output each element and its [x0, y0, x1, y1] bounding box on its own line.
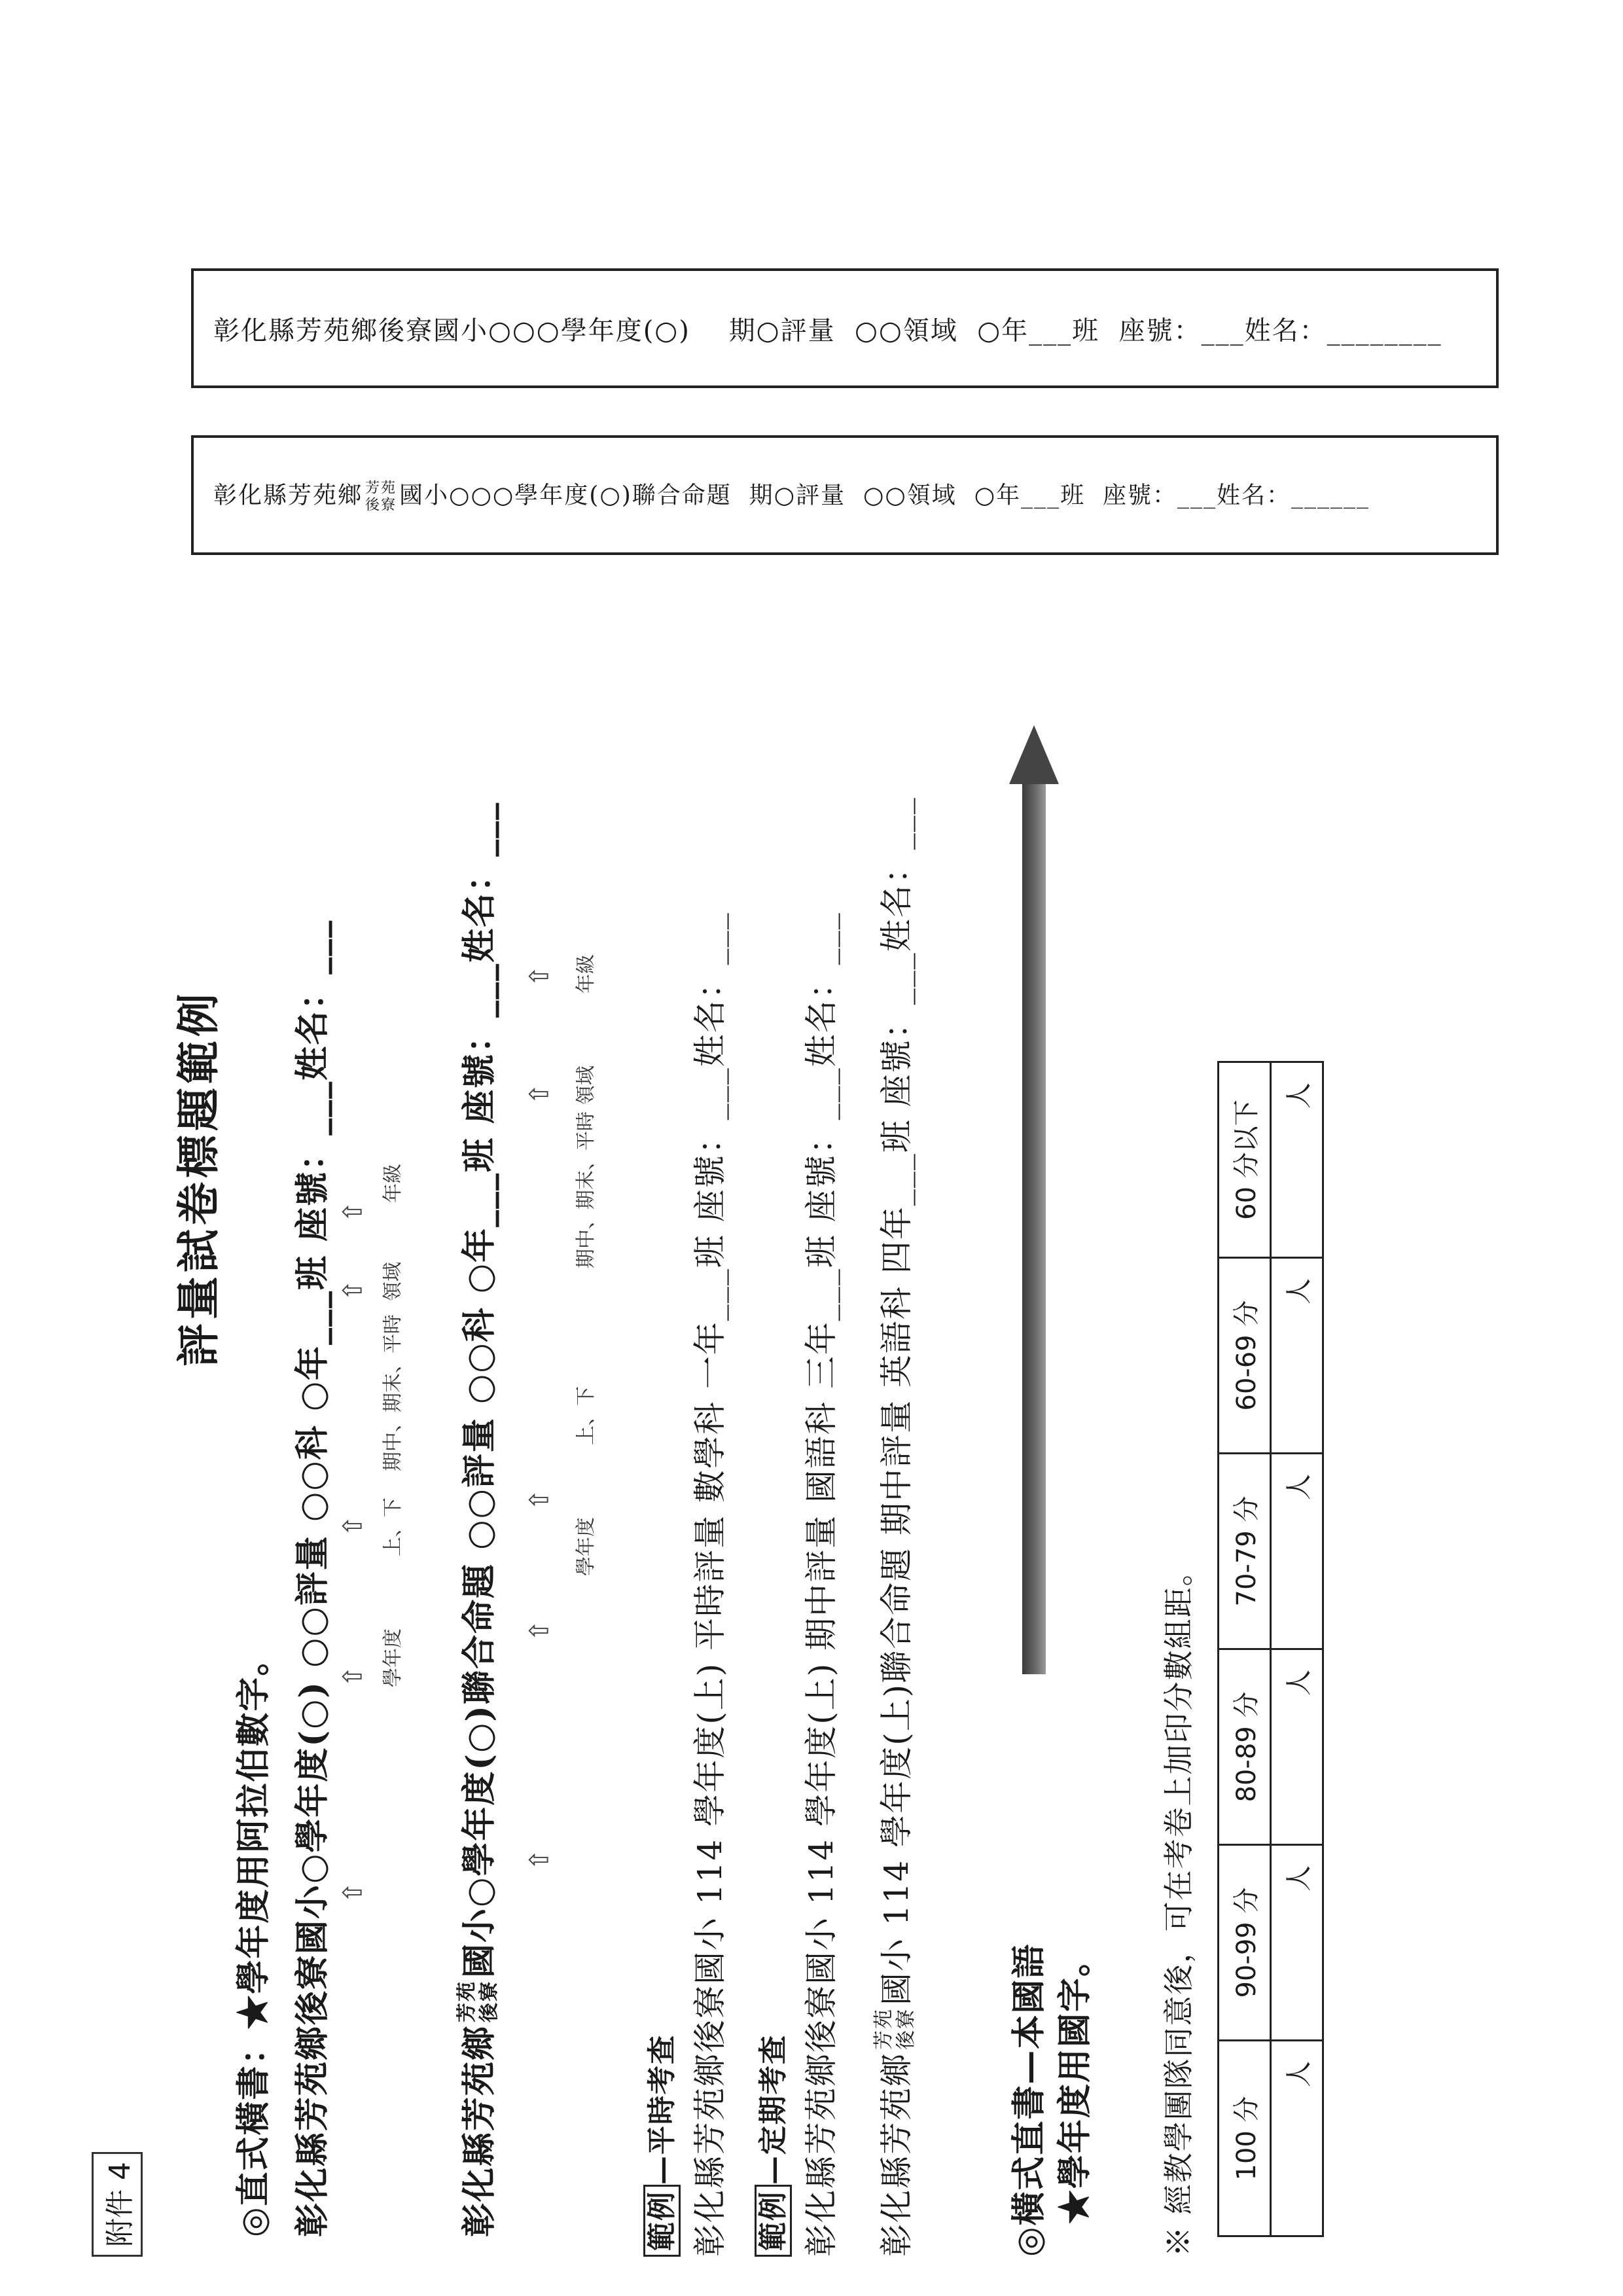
- format-line-2-text: 國小○學年度(○)聯合命題 ○○評量 ○○科 ○年___班 座號：___姓名：_…: [459, 802, 499, 1978]
- arrow-icon: ⇦: [341, 1661, 363, 1691]
- section1-heading: ◎直式橫書：★學年度用阿拉伯數字。: [226, 1641, 275, 2237]
- table-header-cell: 60-69 分: [1219, 1258, 1271, 1454]
- example-2-text: 彰化縣芳苑鄉後寮國小 114 學年度(上) 期中評量 國語科 三年___班 座號…: [795, 912, 842, 2257]
- count-cell[interactable]: 人: [1271, 1062, 1323, 1258]
- label-exam-type: 期中、期末、平時: [376, 1314, 405, 1471]
- table-header-cell: 90-99 分: [1219, 1845, 1271, 2041]
- example-tag: 範例: [755, 2185, 792, 2257]
- count-cell[interactable]: 人: [1271, 1845, 1323, 2041]
- label-school-year: 學年度: [376, 1628, 405, 1687]
- arrow-icon: ⇦: [527, 1079, 550, 1109]
- page-title: 評量試卷標題範例: [164, 990, 226, 1367]
- example-2-heading: 範例—定期考查: [749, 2034, 791, 2257]
- direction-arrow-icon: [1008, 725, 1060, 1674]
- stacked-school-names: 芳苑後寮: [456, 1981, 501, 2022]
- arrow-icon: ⇦: [527, 1844, 550, 1874]
- score-distribution-table: 100 分 90-99 分 80-89 分 70-79 分 60-69 分 60…: [1217, 1061, 1324, 2237]
- arrow-icon: ⇦: [341, 1877, 363, 1907]
- arrow-icon: ⇦: [341, 1196, 363, 1227]
- label-domain: 領域: [376, 1262, 405, 1301]
- label-grade: 年級: [569, 954, 598, 994]
- section2-heading: ◎橫式直書—本國語: [1001, 1943, 1050, 2257]
- example-3-body: 國小 114 學年度(上)聯合命題 期中評量 英語科 四年___班 座號：___…: [878, 797, 916, 2005]
- count-cell[interactable]: 人: [1271, 2041, 1323, 2236]
- label-domain: 領域: [569, 1066, 598, 1105]
- table-header-cell: 60 分以下: [1219, 1062, 1271, 1258]
- example-label: —定期考查: [757, 2034, 790, 2185]
- count-cell[interactable]: 人: [1271, 1454, 1323, 1649]
- stacked-bottom: 後寮: [478, 1981, 501, 2022]
- example-label: —平時考查: [645, 2034, 679, 2185]
- label-school-year: 學年度: [569, 1517, 598, 1576]
- count-cell[interactable]: 人: [1271, 1258, 1323, 1454]
- table-row: 人 人 人 人 人 人: [1271, 1062, 1323, 2236]
- stacked-school-names: 芳苑後寮: [873, 2008, 918, 2050]
- stacked-bottom: 後寮: [895, 2008, 918, 2050]
- arrow-icon: ⇦: [527, 961, 550, 991]
- county-text: 彰化縣芳苑鄉: [878, 2053, 916, 2257]
- example-1-heading: 範例—平時考查: [638, 2034, 680, 2257]
- count-cell[interactable]: 人: [1271, 1649, 1323, 1845]
- label-grade: 年級: [376, 1164, 405, 1203]
- attachment-label: 附件 4: [92, 2152, 143, 2257]
- stacked-top: 芳苑: [456, 1981, 478, 2022]
- stacked-top: 芳苑: [873, 2008, 895, 2050]
- county-text: 彰化縣芳苑鄉: [459, 2025, 499, 2237]
- example-3-text: 彰化縣芳苑鄉芳苑後寮國小 114 學年度(上)聯合命題 期中評量 英語科 四年_…: [870, 797, 918, 2257]
- arrow-icon: ⇦: [527, 1484, 550, 1515]
- score-distribution-note: ※ 經教學團隊同意後，可在考卷上加印分數組距。: [1155, 1554, 1198, 2257]
- label-exam-type: 期中、期末、平時: [569, 1111, 598, 1268]
- table-header-cell: 80-89 分: [1219, 1649, 1271, 1845]
- arrow-icon: ⇦: [341, 1511, 363, 1541]
- table-header-cell: 70-79 分: [1219, 1454, 1271, 1649]
- format-line-1: 彰化縣芳苑鄉後寮國小○學年度(○) ○○評量 ○○科 ○年___班 座號：___…: [285, 920, 334, 2237]
- label-semester: 上、下: [376, 1498, 405, 1556]
- arrow-icon: ⇦: [527, 1615, 550, 1645]
- format-line-2: 彰化縣芳苑鄉芳苑後寮國小○學年度(○)聯合命題 ○○評量 ○○科 ○年___班 …: [452, 802, 501, 2237]
- example-tag: 範例: [643, 2185, 681, 2257]
- label-semester: 上、下: [569, 1386, 598, 1445]
- table-header-cell: 100 分: [1219, 2041, 1271, 2236]
- example-1-text: 彰化縣芳苑鄉後寮國小 114 學年度(上) 平時評量 數學科 一年___班 座號…: [684, 912, 731, 2257]
- arrow-icon: ⇦: [341, 1275, 363, 1305]
- rotated-document: 附件 4 評量試卷標題範例 ◎直式橫書：★學年度用阿拉伯數字。 彰化縣芳苑鄉後寮…: [0, 0, 1623, 2296]
- table-header-row: 100 分 90-99 分 80-89 分 70-79 分 60-69 分 60…: [1219, 1062, 1271, 2236]
- section2-note: ★學年度用國字。: [1047, 1941, 1096, 2224]
